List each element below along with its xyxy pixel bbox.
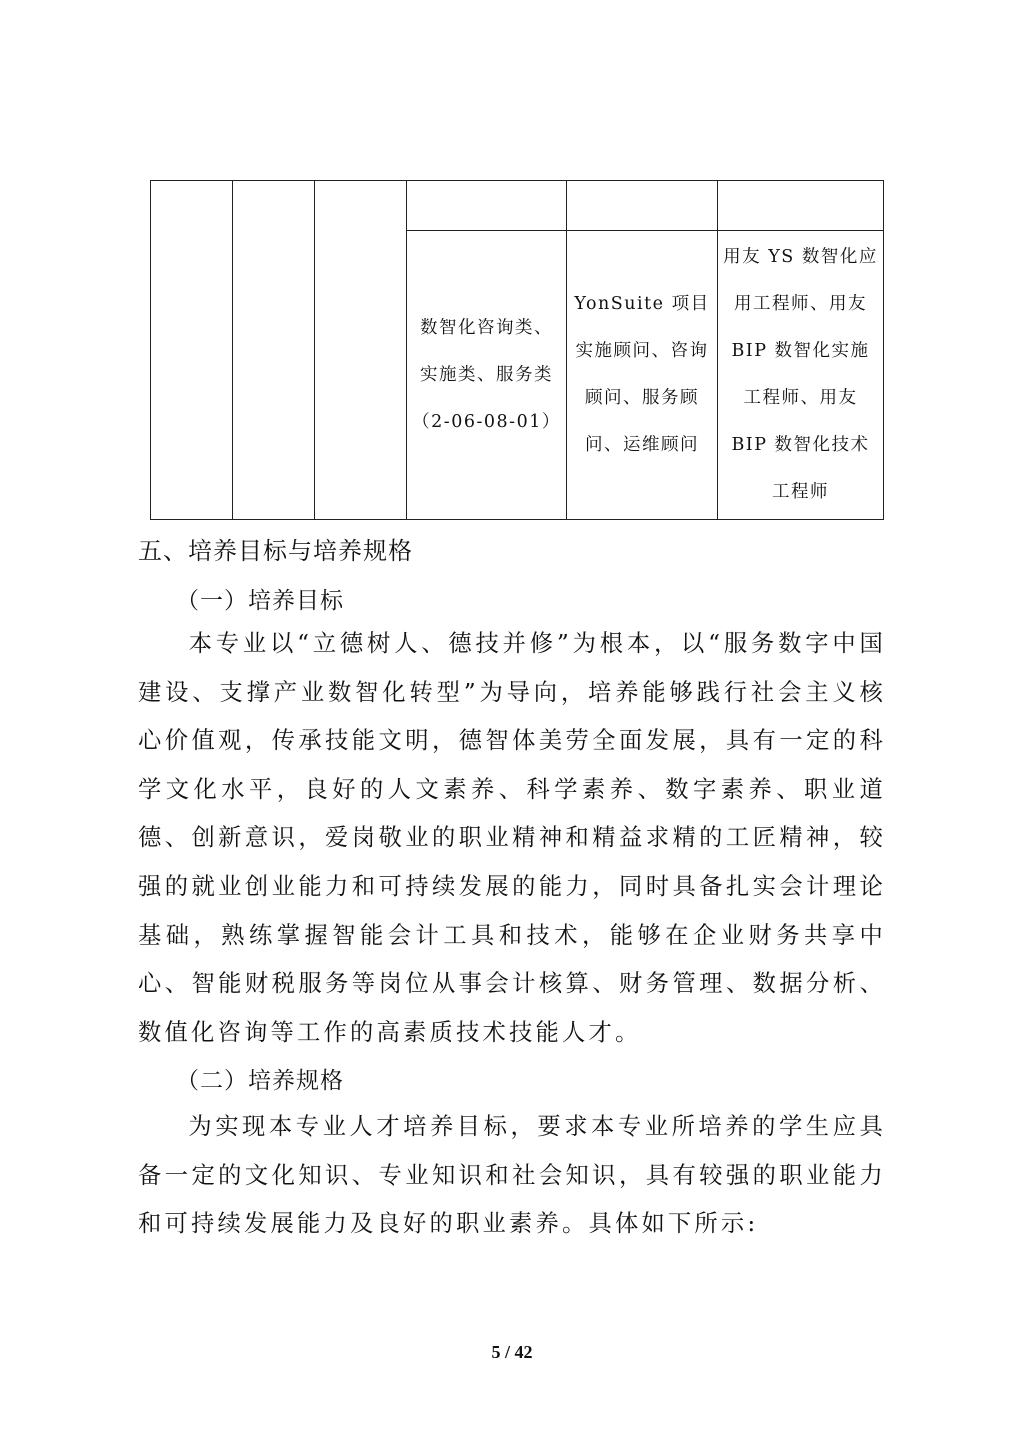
table-cell bbox=[407, 181, 567, 231]
table-row bbox=[151, 181, 884, 231]
occupation-category-cell: 数智化咨询类、实施类、服务类（2-06-08-01） bbox=[407, 231, 567, 520]
goals-paragraph: 本专业以“立德树人、德技并修”为根本，以“服务数字中国建设、支撑产业数智化转型”… bbox=[138, 620, 886, 1057]
page-number: 5 / 42 bbox=[0, 1342, 1024, 1363]
table-cell bbox=[233, 181, 315, 520]
specs-paragraph-text: 为实现本专业人才培养目标，要求本专业所培养的学生应具备一定的文化知识、专业知识和… bbox=[138, 1113, 886, 1237]
table-cell bbox=[151, 181, 233, 520]
section-heading: 五、培养目标与培养规格 bbox=[138, 531, 413, 566]
subsection-heading-goals: （一）培养目标 bbox=[176, 582, 344, 615]
table-cell bbox=[315, 181, 407, 520]
goals-paragraph-text: 本专业以“立德树人、德技并修”为根本，以“服务数字中国建设、支撑产业数智化转型”… bbox=[138, 630, 886, 1046]
table-cell bbox=[718, 181, 884, 231]
job-position-cell: YonSuite 项目实施顾问、咨询顾问、服务顾问、运维顾问 bbox=[567, 231, 718, 520]
document-page: 数智化咨询类、实施类、服务类（2-06-08-01） YonSuite 项目实施… bbox=[0, 0, 1024, 1448]
certificate-cell: 用友 YS 数智化应用工程师、用友 BIP 数智化实施工程师、用友 BIP 数智… bbox=[718, 231, 884, 520]
table-cell bbox=[567, 181, 718, 231]
occupation-table: 数智化咨询类、实施类、服务类（2-06-08-01） YonSuite 项目实施… bbox=[150, 180, 884, 520]
specs-paragraph: 为实现本专业人才培养目标，要求本专业所培养的学生应具备一定的文化知识、专业知识和… bbox=[138, 1103, 886, 1249]
subsection-heading-specs: （二）培养规格 bbox=[176, 1062, 344, 1095]
